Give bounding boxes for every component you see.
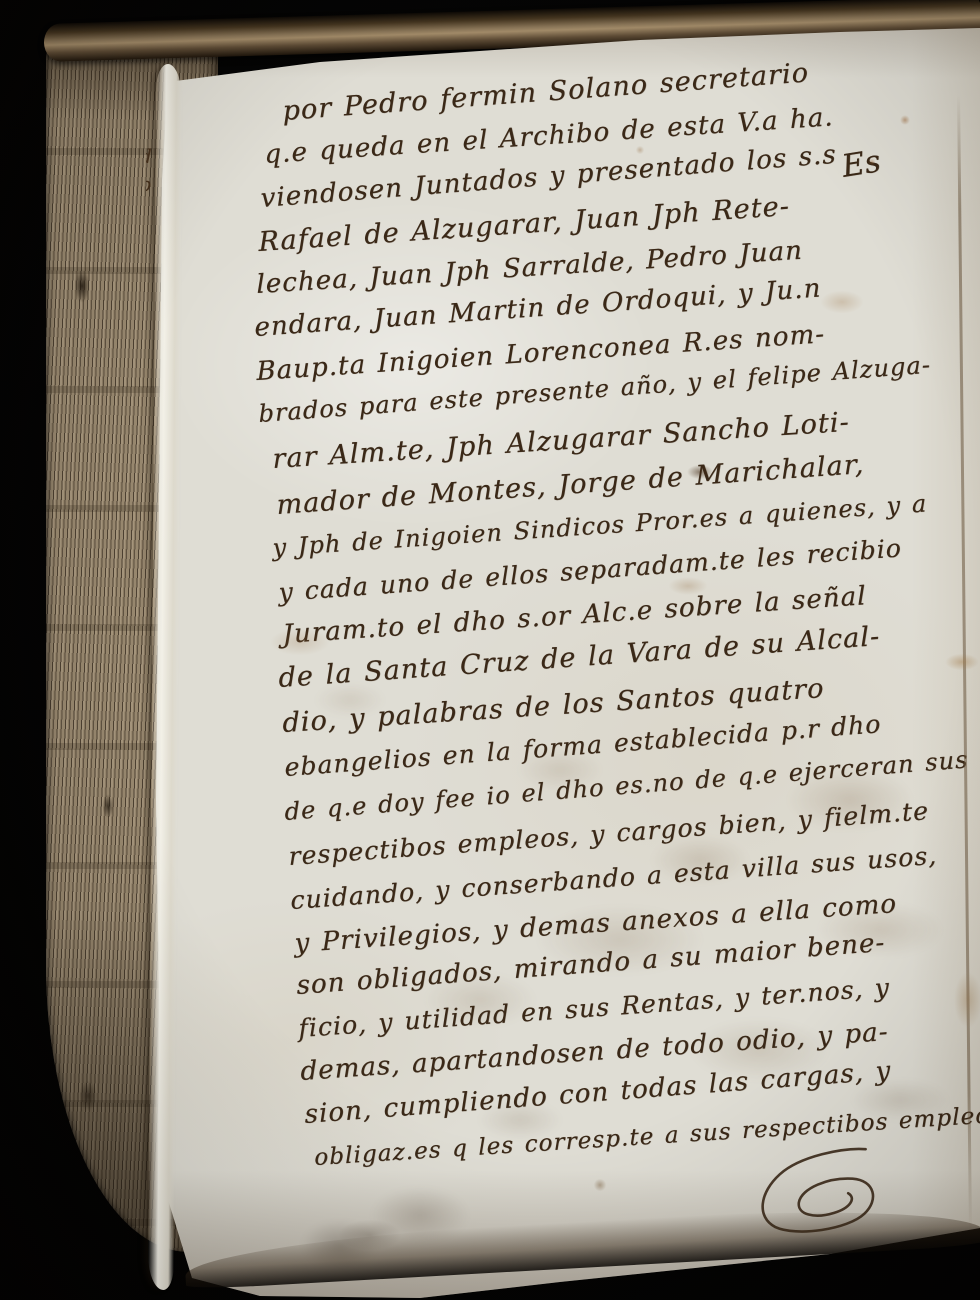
photo-stage: d b l l por Pedro fermin Solano secretar… (0, 0, 980, 1300)
manuscript-text: por Pedro fermin Solano secretario q.e q… (0, 0, 980, 1300)
margin-flourish-mark: Es (839, 143, 883, 185)
